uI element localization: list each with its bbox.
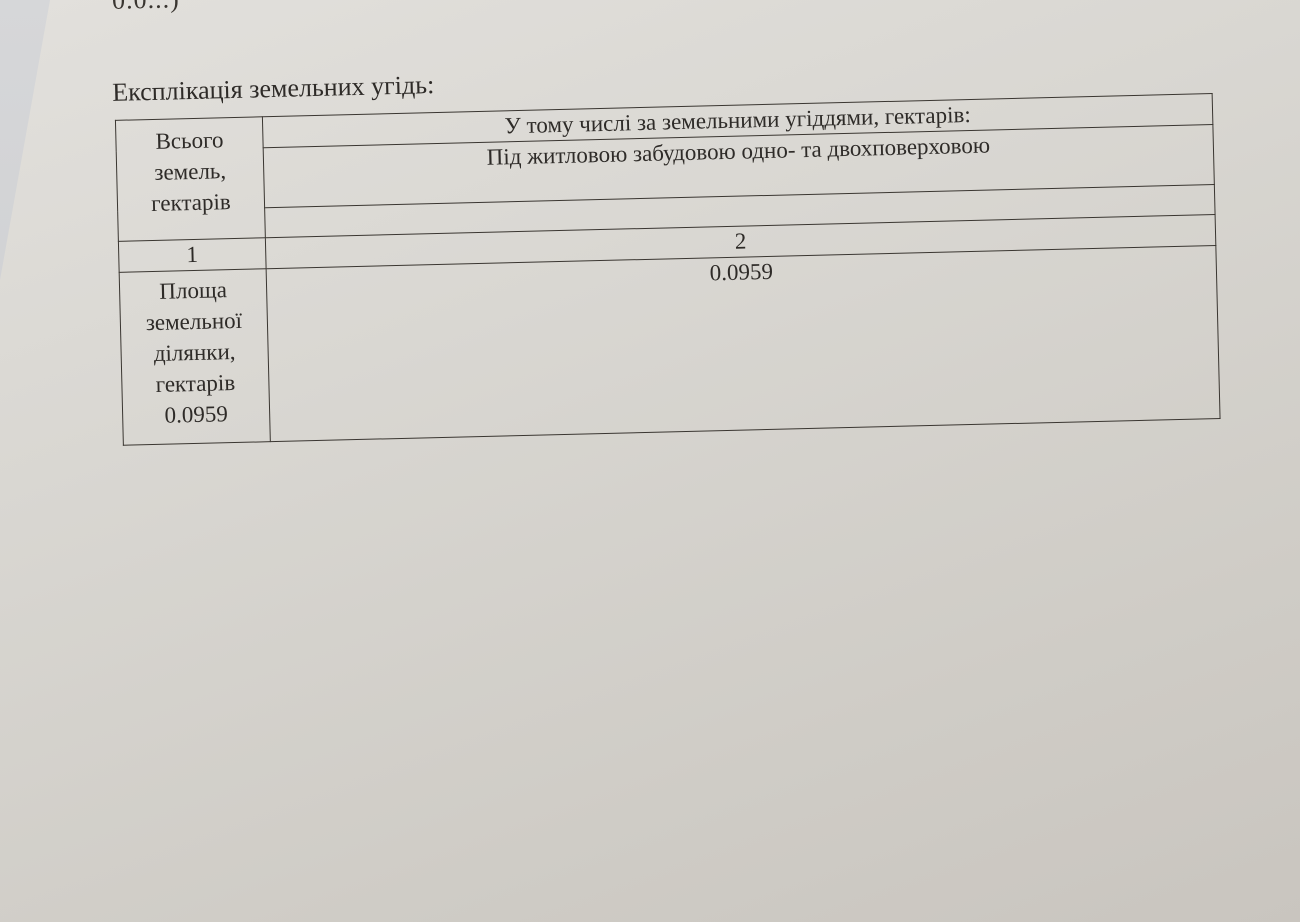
header-line: Всього	[116, 123, 263, 158]
label-line: 0.0959	[123, 397, 270, 432]
area-label-cell: Площа земельної ділянки, гектарів 0.0959	[119, 269, 270, 446]
land-explication-table: Всього земель, гектарів У тому числі за …	[115, 93, 1221, 446]
total-lands-header: Всього земель, гектарів	[115, 117, 265, 242]
column-number-1: 1	[118, 238, 266, 273]
header-line: гектарів	[118, 185, 265, 220]
cut-off-text: 0.0...)	[112, 0, 180, 16]
document-content: 0.0...) Експлікація земельних угідь: Всь…	[108, 0, 1239, 460]
section-heading: Експлікація земельних угідь:	[112, 70, 435, 108]
header-line: земель,	[117, 154, 264, 189]
table-row: Площа земельної ділянки, гектарів 0.0959…	[119, 246, 1220, 446]
label-line: Площа	[120, 273, 267, 308]
area-value-cell: 0.0959	[266, 246, 1220, 442]
label-line: ділянки,	[121, 335, 268, 370]
label-line: гектарів	[122, 366, 269, 401]
label-line: земельної	[121, 304, 268, 339]
